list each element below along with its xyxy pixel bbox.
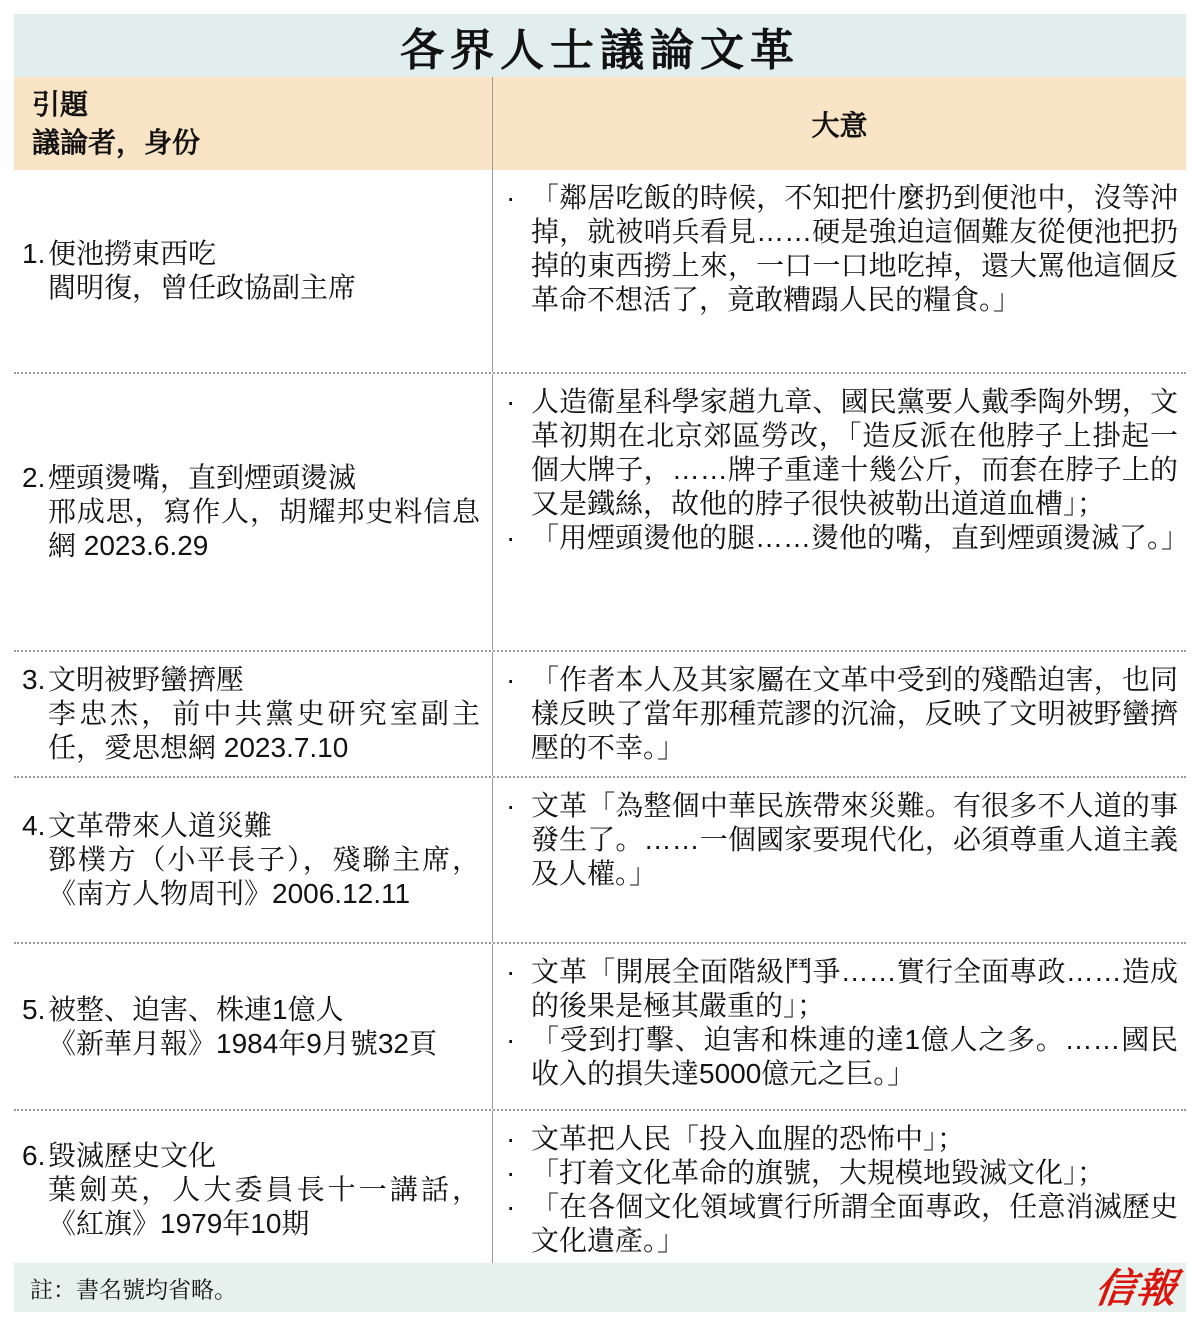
- entry-speaker: 葉劍英，人大委員長十一講話，《紅旗》1979年10期: [22, 1173, 480, 1241]
- entry-topic: 便池撈東西吃: [48, 238, 216, 269]
- row2-summary-cell: ·人造衞星科學家趙九章、國民黨要人戴季陶外甥，文革初期在北京郊區勞改，「造反派在…: [493, 374, 1186, 650]
- bullet-icon: ·: [506, 385, 515, 419]
- quotes-table: 各界人士議論文革 引題 議論者，身份 大意 1.便池撈東西吃 閻明復，曾任政協副…: [14, 14, 1186, 1269]
- entry-topic: 文革帶來人道災難: [48, 810, 272, 841]
- row5-summary-cell: ·文革「開展全面階級鬥爭……實行全面專政……造成的後果是極其嚴重的」； ·「受到…: [493, 944, 1186, 1109]
- hkej-logo: 信報: [1092, 1257, 1182, 1314]
- row6-topic-cell: 6.毀滅歷史文化 葉劍英，人大委員長十一講話，《紅旗》1979年10期: [14, 1111, 493, 1269]
- entry-topic-line: 1.便池撈東西吃: [22, 237, 480, 271]
- row1-topic-cell: 1.便池撈東西吃 閻明復，曾任政協副主席: [14, 170, 493, 372]
- row3-topic-cell: 3.文明被野蠻擠壓 李忠杰，前中共黨史研究室副主任，愛思想網 2023.7.10: [14, 652, 493, 776]
- header-topic-line2: 議論者，身份: [32, 124, 482, 162]
- row2-topic-cell: 2.煙頭燙嘴，直到煙頭燙滅 邢成思，寫作人，胡耀邦史料信息網 2023.6.29: [14, 374, 493, 650]
- entry-number: 6.: [22, 1139, 48, 1173]
- row4-summary-cell: ·文革「為整個中華民族帶來災難。有很多不人道的事發生了。……一個國家要現代化，必…: [493, 778, 1186, 942]
- entry-topic: 煙頭燙嘴，直到煙頭燙滅: [48, 462, 356, 493]
- quote-text: 文革「開展全面階級鬥爭……實行全面專政……造成的後果是極其嚴重的」；: [531, 956, 1178, 1021]
- bullet-icon: ·: [506, 1156, 515, 1190]
- row3-summary-cell: ·「作者本人及其家屬在文革中受到的殘酷迫害，也同樣反映了當年那種荒謬的沉淪，反映…: [493, 652, 1186, 776]
- quote-point: ·「作者本人及其家屬在文革中受到的殘酷迫害，也同樣反映了當年那種荒謬的沉淪，反映…: [493, 663, 1178, 765]
- bullet-icon: ·: [506, 663, 515, 697]
- entry-topic-line: 2.煙頭燙嘴，直到煙頭燙滅: [22, 461, 480, 495]
- quote-text: 「作者本人及其家屬在文革中受到的殘酷迫害，也同樣反映了當年那種荒謬的沉淪，反映了…: [531, 664, 1178, 763]
- entry-speaker: 閻明復，曾任政協副主席: [22, 271, 480, 305]
- bullet-icon: ·: [506, 1023, 515, 1057]
- quote-point: ·「在各個文化領域實行所謂全面專政，任意消滅歷史文化遺產。」: [493, 1190, 1178, 1258]
- entry-speaker: 李忠杰，前中共黨史研究室副主任，愛思想網 2023.7.10: [22, 697, 480, 765]
- entry-topic-line: 5.被整、迫害、株連1億人: [22, 993, 480, 1027]
- bullet-icon: ·: [506, 521, 515, 555]
- quote-text: 文革把人民「投入血腥的恐怖中」；: [531, 1123, 965, 1154]
- entry-number: 1.: [22, 237, 48, 271]
- entry-number: 3.: [22, 663, 48, 697]
- quote-point: ·人造衞星科學家趙九章、國民黨要人戴季陶外甥，文革初期在北京郊區勞改，「造反派在…: [493, 385, 1178, 521]
- entry-topic-line: 6.毀滅歷史文化: [22, 1139, 480, 1173]
- quote-text: 「受到打擊、迫害和株連的達1億人之多。……國民收入的損失達5000億元之巨。」: [531, 1024, 1178, 1089]
- table-row: 3.文明被野蠻擠壓 李忠杰，前中共黨史研究室副主任，愛思想網 2023.7.10…: [14, 650, 1186, 776]
- row4-topic-cell: 4.文革帶來人道災難 鄧樸方（小平長子），殘聯主席，《南方人物周刊》2006.1…: [14, 778, 493, 942]
- entry-topic: 被整、迫害、株連1億人: [48, 994, 344, 1025]
- table-header-row: 引題 議論者，身份 大意: [14, 77, 1186, 170]
- header-topic-line1: 引題: [32, 86, 482, 124]
- footnote: 註：書名號均省略。: [30, 1271, 237, 1304]
- quote-text: 「鄰居吃飯的時候，不知把什麼扔到便池中，沒等沖掉，就被哨兵看見……硬是強迫這個難…: [531, 182, 1178, 315]
- header-col-topic: 引題 議論者，身份: [14, 77, 493, 170]
- newspaper-table-graphic: 各界人士議論文革 引題 議論者，身份 大意 1.便池撈東西吃 閻明復，曾任政協副…: [0, 0, 1200, 1319]
- header-summary-label: 大意: [811, 104, 867, 144]
- quote-point: ·文革把人民「投入血腥的恐怖中」；: [493, 1122, 1178, 1156]
- row1-summary-cell: ·「鄰居吃飯的時候，不知把什麼扔到便池中，沒等沖掉，就被哨兵看見……硬是強迫這個…: [493, 170, 1186, 372]
- table-row: 5.被整、迫害、株連1億人 《新華月報》1984年9月號32頁 ·文革「開展全面…: [14, 942, 1186, 1109]
- table-row: 2.煙頭燙嘴，直到煙頭燙滅 邢成思，寫作人，胡耀邦史料信息網 2023.6.29…: [14, 372, 1186, 650]
- table-row: 1.便池撈東西吃 閻明復，曾任政協副主席 ·「鄰居吃飯的時候，不知把什麼扔到便池…: [14, 170, 1186, 372]
- entry-speaker: 邢成思，寫作人，胡耀邦史料信息網 2023.6.29: [22, 495, 480, 563]
- row6-summary-cell: ·文革把人民「投入血腥的恐怖中」； ·「打着文化革命的旗號，大規模地毀滅文化」；…: [493, 1111, 1186, 1269]
- page-title: 各界人士議論文革: [400, 14, 800, 78]
- bullet-icon: ·: [506, 789, 515, 823]
- entry-topic-line: 4.文革帶來人道災難: [22, 809, 480, 843]
- quote-text: 文革「為整個中華民族帶來災難。有很多不人道的事發生了。……一個國家要現代化，必須…: [531, 790, 1178, 889]
- entry-topic-line: 3.文明被野蠻擠壓: [22, 663, 480, 697]
- quote-text: 人造衞星科學家趙九章、國民黨要人戴季陶外甥，文革初期在北京郊區勞改，「造反派在他…: [531, 386, 1178, 519]
- table-title-band: 各界人士議論文革: [14, 14, 1186, 77]
- header-col-summary: 大意: [493, 77, 1186, 170]
- entry-number: 2.: [22, 461, 48, 495]
- quote-text: 「用煙頭燙他的腿……燙他的嘴，直到煙頭燙滅了。」: [531, 522, 1189, 553]
- quote-point: ·文革「開展全面階級鬥爭……實行全面專政……造成的後果是極其嚴重的」；: [493, 955, 1178, 1023]
- entry-number: 5.: [22, 993, 48, 1027]
- entry-topic: 毀滅歷史文化: [48, 1140, 216, 1171]
- quote-point: ·「鄰居吃飯的時候，不知把什麼扔到便池中，沒等沖掉，就被哨兵看見……硬是強迫這個…: [493, 181, 1178, 317]
- quote-text: 「打着文化革命的旗號，大規模地毀滅文化」；: [531, 1157, 1105, 1188]
- bullet-icon: ·: [506, 955, 515, 989]
- entry-topic: 文明被野蠻擠壓: [48, 664, 244, 695]
- quote-point: ·文革「為整個中華民族帶來災難。有很多不人道的事發生了。……一個國家要現代化，必…: [493, 789, 1178, 891]
- entry-speaker: 《新華月報》1984年9月號32頁: [22, 1027, 480, 1061]
- bullet-icon: ·: [506, 181, 515, 215]
- footer-band: 註：書名號均省略。 信報: [14, 1263, 1186, 1312]
- entry-speaker: 鄧樸方（小平長子），殘聯主席，《南方人物周刊》2006.12.11: [22, 843, 480, 911]
- quote-point: ·「打着文化革命的旗號，大規模地毀滅文化」；: [493, 1156, 1178, 1190]
- quote-text: 「在各個文化領域實行所謂全面專政，任意消滅歷史文化遺產。」: [531, 1191, 1178, 1256]
- table-row: 6.毀滅歷史文化 葉劍英，人大委員長十一講話，《紅旗》1979年10期 ·文革把…: [14, 1109, 1186, 1269]
- bullet-icon: ·: [506, 1122, 515, 1156]
- quote-point: ·「受到打擊、迫害和株連的達1億人之多。……國民收入的損失達5000億元之巨。」: [493, 1023, 1178, 1091]
- bullet-icon: ·: [506, 1190, 515, 1224]
- entry-number: 4.: [22, 809, 48, 843]
- table-row: 4.文革帶來人道災難 鄧樸方（小平長子），殘聯主席，《南方人物周刊》2006.1…: [14, 776, 1186, 942]
- quote-point: ·「用煙頭燙他的腿……燙他的嘴，直到煙頭燙滅了。」: [493, 521, 1178, 555]
- row5-topic-cell: 5.被整、迫害、株連1億人 《新華月報》1984年9月號32頁: [14, 944, 493, 1109]
